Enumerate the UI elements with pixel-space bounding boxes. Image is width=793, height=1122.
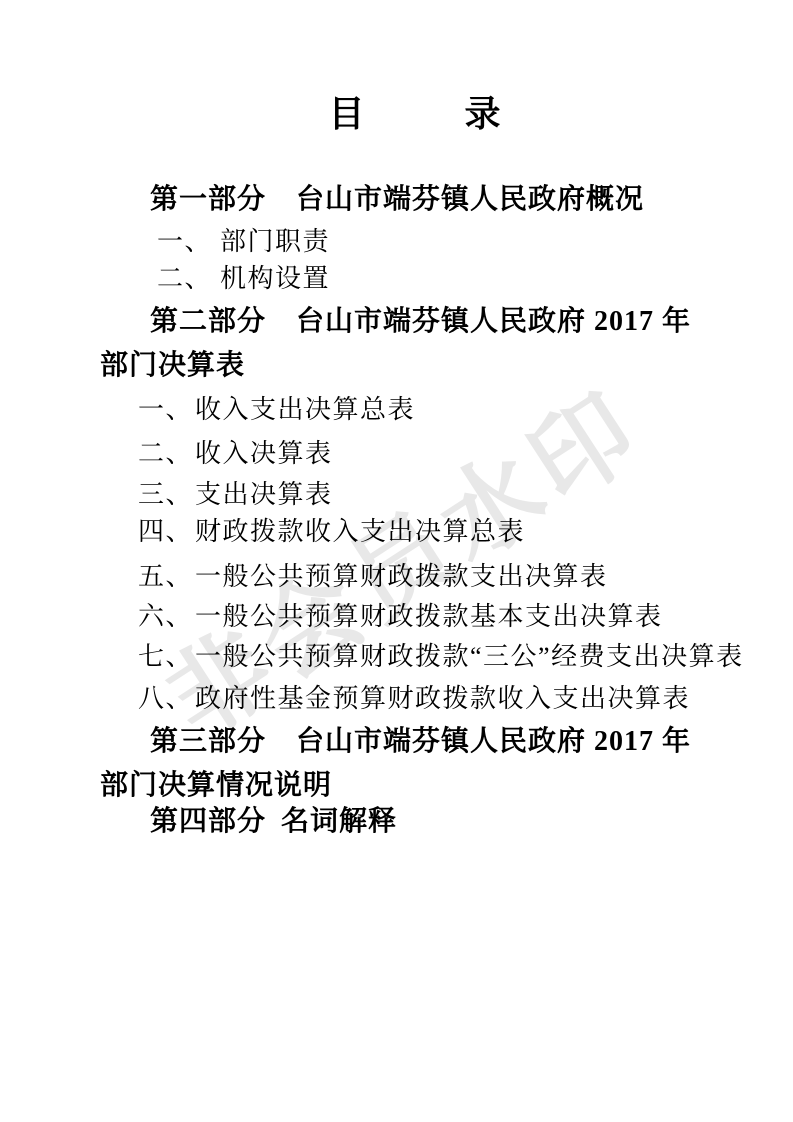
entry-number: 二、 — [157, 264, 212, 293]
entry-number: 五、 — [138, 562, 193, 591]
entry-text: 部门职责 — [220, 227, 330, 256]
title-char-right: 录 — [465, 91, 501, 137]
entry-number: 一、 — [157, 227, 212, 256]
document-title: 目 录 — [100, 91, 693, 137]
part4-title: 名词解释 — [281, 806, 397, 837]
part1-label: 第一部分 — [150, 184, 266, 215]
entry-text: 政府性基金预算财政拨款收入支出决算表 — [195, 684, 690, 713]
entry-text: 支出决算表 — [195, 480, 333, 509]
toc-entry-part2-item6: 六、一般公共预算财政拨款基本支出决算表 — [138, 596, 663, 638]
toc-part3-heading: 第三部分台山市端芬镇人民政府 2017 年部门决算情况说明 — [100, 720, 695, 808]
toc-entry-part2-item7: 七、一般公共预算财政拨款“三公”经费支出决算表 — [138, 636, 744, 678]
entry-text: 收入决算表 — [195, 439, 333, 468]
entry-text: 一般公共预算财政拨款基本支出决算表 — [195, 602, 663, 631]
toc-entry-part2-item3: 三、支出决算表 — [138, 474, 333, 516]
toc-entry-part2-item8: 八、政府性基金预算财政拨款收入支出决算表 — [138, 678, 690, 720]
entry-number: 二、 — [138, 439, 193, 468]
entry-number: 六、 — [138, 602, 193, 631]
document-page: 非会员水印 目 录 第一部分台山市端芬镇人民政府概况 一、部门职责 二、机构设置… — [0, 0, 793, 1122]
toc-entry-part2-item1: 一、收入支出决算总表 — [138, 389, 415, 431]
entry-text: 机构设置 — [220, 264, 330, 293]
title-char-left: 目 — [328, 91, 364, 137]
toc-entry-part1-item1: 一、部门职责 — [157, 221, 330, 263]
part1-title: 台山市端芬镇人民政府概况 — [296, 184, 644, 215]
toc-part4-heading: 第四部分名词解释 — [150, 800, 397, 844]
toc-entry-part2-item2: 二、收入决算表 — [138, 433, 333, 475]
toc-part1-heading: 第一部分台山市端芬镇人民政府概况 — [150, 178, 644, 222]
entry-number: 八、 — [138, 684, 193, 713]
entry-text: 一般公共预算财政拨款支出决算表 — [195, 562, 608, 591]
entry-text: 一般公共预算财政拨款“三公”经费支出决算表 — [195, 642, 744, 671]
part4-label: 第四部分 — [150, 806, 266, 837]
entry-number: 四、 — [138, 517, 193, 546]
toc-entry-part2-item5: 五、一般公共预算财政拨款支出决算表 — [138, 556, 608, 598]
entry-number: 七、 — [138, 642, 193, 671]
toc-part2-heading: 第二部分台山市端芬镇人民政府 2017 年部门决算表 — [100, 300, 695, 388]
entry-text: 收入支出决算总表 — [195, 395, 415, 424]
part3-label: 第三部分 — [150, 726, 266, 757]
part2-label: 第二部分 — [150, 306, 266, 337]
entry-number: 一、 — [138, 395, 193, 424]
entry-number: 三、 — [138, 480, 193, 509]
entry-text: 财政拨款收入支出决算总表 — [195, 517, 525, 546]
toc-entry-part1-item2: 二、机构设置 — [157, 258, 330, 300]
toc-entry-part2-item4: 四、财政拨款收入支出决算总表 — [138, 511, 525, 553]
